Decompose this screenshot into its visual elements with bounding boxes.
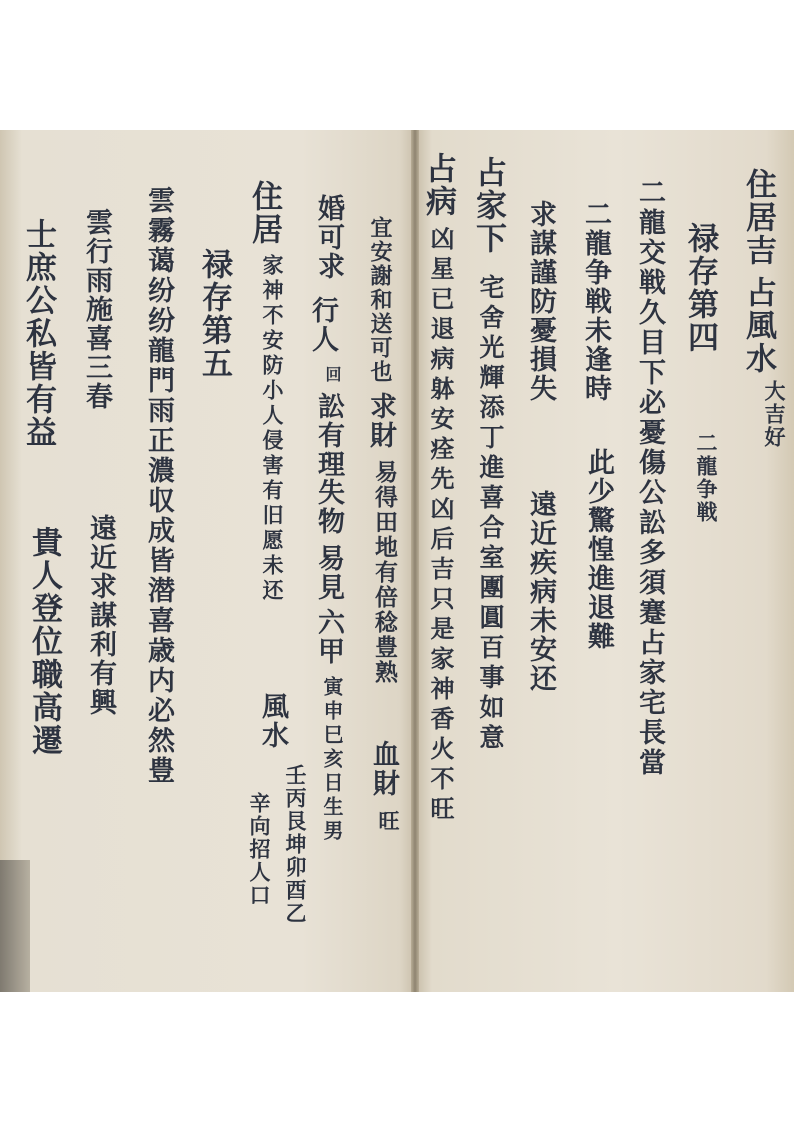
- section-title-lucun-5: 禄存第五: [196, 248, 232, 380]
- label-marriage: 婚可求: [312, 194, 344, 281]
- ritual-advice: 宜安謝和送可也: [367, 216, 393, 384]
- pregnancy-reading: 寅申巳亥日生男: [320, 676, 344, 844]
- label-divine-illness: 占病: [420, 152, 456, 218]
- label-fengshui: 風水: [256, 692, 288, 750]
- verse-line-2: 此少驚惶進退難: [582, 448, 614, 651]
- label-pregnancy: 六甲: [312, 608, 344, 666]
- label-divine-household: 占家下: [470, 156, 506, 255]
- label-lost-item: 失物: [312, 478, 344, 536]
- verse-line-4: 遠近疾病未安还: [524, 490, 556, 693]
- oracle-summary: 二龍交戦久目下必憂傷公訟多須蹇占家宅長當: [633, 178, 665, 778]
- fengshui-directions-cont: 辛向招人口: [246, 792, 272, 907]
- oracle-name: 二龍争戦: [694, 432, 718, 524]
- label-traveler: 行人: [306, 296, 338, 354]
- book-gutter: [411, 130, 419, 992]
- heading-fengshui: 占風水: [740, 276, 776, 375]
- oracle-summary-5: 雲霧蔼纷纷龍門雨正濃収成皆潜喜歳内必然豊: [142, 186, 174, 786]
- label-livestock-wealth: 血財: [367, 740, 399, 798]
- verse-line-1: 二龍争戦未逢時: [579, 200, 611, 403]
- household-reading: 宅舍光輝添丁進喜合室團圓百事如意: [476, 274, 505, 754]
- residence-reading: 家神不安防小人侵害有旧愿未还: [260, 254, 285, 604]
- traveler-reading: 回: [320, 366, 344, 384]
- section-title-lucun-4: 禄存第四: [682, 222, 718, 354]
- heading-residence-auspicious: 住居吉: [740, 168, 776, 267]
- label-lawsuit: 訟有理: [312, 392, 344, 479]
- verse5-line-1: 雲行雨施喜三春: [80, 208, 112, 411]
- fengshui-note: 大吉好: [762, 380, 786, 449]
- verse5-line-4: 貴人登位職高遷: [26, 526, 62, 757]
- illness-reading: 凶星已退病躰安痊先凶后吉只是家神香火不旺: [426, 226, 454, 826]
- label-seek-wealth: 求財: [364, 392, 396, 450]
- page-edge-shadow: [0, 860, 30, 992]
- manuscript-scan: 住居吉 占風水 大吉好 禄存第四 二龍争戦 二龍交戦久目下必憂傷公訟多須蹇占家宅…: [0, 130, 794, 992]
- label-residence: 住居: [246, 180, 282, 246]
- fengshui-directions: 壬丙艮坤卯酉乙: [282, 764, 308, 925]
- livestock-reading: 旺: [376, 810, 400, 833]
- verse5-line-3: 士庶公私皆有益: [20, 218, 56, 449]
- lost-item-reading: 易見: [312, 544, 344, 602]
- verse-line-3: 求謀謹防憂損失: [524, 200, 556, 403]
- wealth-reading: 易得田地有倍稔豊熟: [370, 460, 398, 685]
- verse5-line-2: 遠近求謀利有興: [84, 514, 116, 717]
